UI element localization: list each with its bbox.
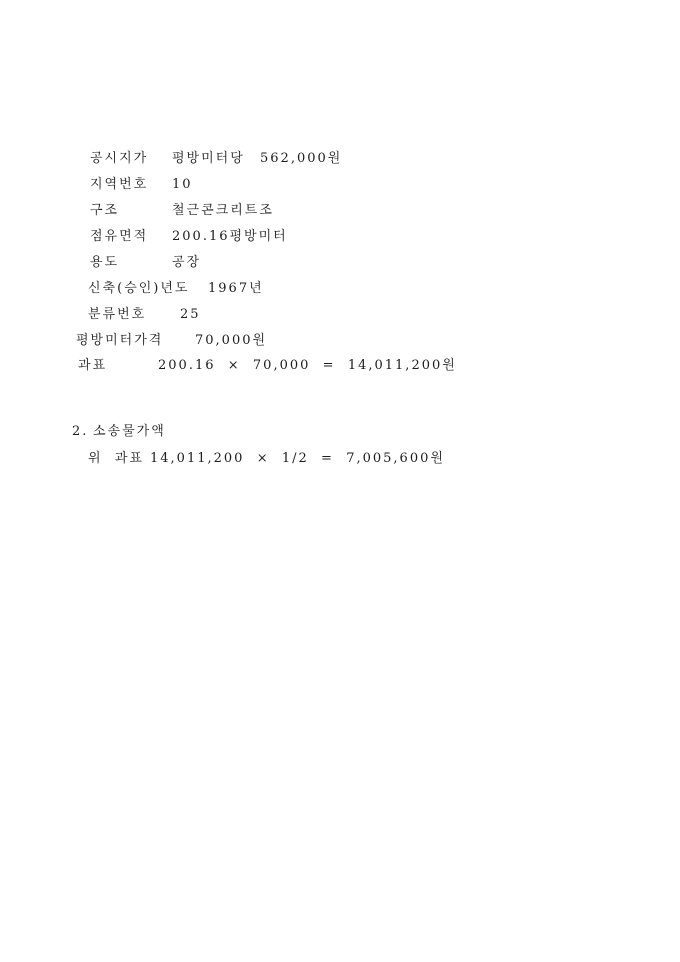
row-usage: 용도 공장 xyxy=(0,255,680,273)
row-value: 14,011,200 × 1/2 = 7,005,600원 xyxy=(150,451,445,467)
row-label: 용도 xyxy=(90,255,119,271)
row-value: 200.16 × 70,000 = 14,011,200원 xyxy=(158,358,457,374)
row-value: 1967년 xyxy=(208,281,264,297)
row-label: 과표 xyxy=(78,358,107,374)
row-label: 점유면적 xyxy=(90,229,148,245)
row-structure: 구조 철근콘크리트조 xyxy=(0,203,680,221)
document-page: 공시지가 평방미터당 562,000원 지역번호 10 구조 철근콘크리트조 점… xyxy=(0,0,680,962)
row-label: 분류번호 xyxy=(88,307,146,323)
row-label: 평방미터가격 xyxy=(76,333,163,349)
row-tax-base: 과표 200.16 × 70,000 = 14,011,200원 xyxy=(0,358,680,376)
row-label: 구조 xyxy=(90,203,119,219)
row-value: 철근콘크리트조 xyxy=(172,203,274,219)
row-litigation-value-calculation: 위 과표 14,011,200 × 1/2 = 7,005,600원 xyxy=(0,451,680,469)
row-label: 지역번호 xyxy=(90,177,148,193)
row-area-code: 지역번호 10 xyxy=(0,177,680,195)
row-value: 공장 xyxy=(172,255,201,271)
section-title: 소송물가액 xyxy=(93,424,166,440)
row-label: 공시지가 xyxy=(90,151,148,167)
row-value: 10 xyxy=(172,177,193,193)
row-price-per-square-meter: 평방미터가격 70,000원 xyxy=(0,333,680,351)
row-value: 70,000원 xyxy=(195,333,267,349)
row-occupied-area: 점유면적 200.16평방미터 xyxy=(0,229,680,247)
section-number: 2. xyxy=(72,424,88,440)
row-construction-year: 신축(승인)년도 1967년 xyxy=(0,281,680,299)
row-value-amount: 562,000원 xyxy=(260,151,342,167)
row-label: 신축(승인)년도 xyxy=(88,281,190,297)
row-value: 평방미터당 xyxy=(172,151,245,167)
row-official-land-price: 공시지가 평방미터당 562,000원 xyxy=(0,151,680,169)
row-value: 200.16평방미터 xyxy=(172,229,288,245)
section-heading-litigation-value: 2. 소송물가액 xyxy=(0,424,680,442)
row-label: 위 과표 xyxy=(88,451,144,467)
row-value: 25 xyxy=(180,307,201,323)
row-classification-number: 분류번호 25 xyxy=(0,307,680,325)
